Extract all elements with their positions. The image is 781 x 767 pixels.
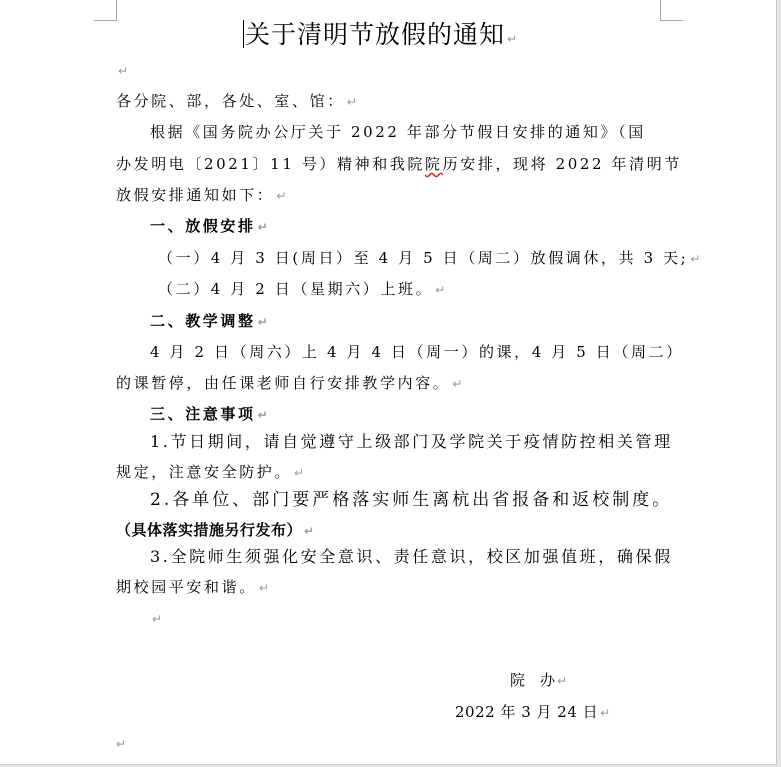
signature[interactable]: 院 办↵ [510,670,567,691]
paragraph-mark-icon: ↵ [347,95,357,109]
empty-paragraph[interactable]: ↵ [150,608,162,629]
paragraph-mark-icon: ↵ [118,64,128,78]
intro-line-3[interactable]: 放假安排通知如下：↵ [116,185,286,206]
empty-paragraph[interactable]: ↵ [114,733,126,754]
paragraph-mark-icon: ↵ [690,252,700,266]
intro-line-2[interactable]: 办发明电〔2021〕11 号）精神和我院院历安排，现将 2022 年清明节 [116,154,682,174]
paragraph-mark-icon: ↵ [152,612,162,626]
document-page[interactable]: 关于清明节放假的通知↵ ↵ 各分院、部，各处、室、馆：↵ 根据《国务院办公厅关于… [0,0,777,765]
paragraph-mark-icon: ↵ [258,315,268,329]
section-heading-1[interactable]: 一、放假安排↵ [150,216,268,237]
paragraph-mark-icon: ↵ [452,377,462,391]
section-heading-3[interactable]: 三、注意事项↵ [150,404,268,425]
section-3-line-2[interactable]: 规定，注意安全防护。↵ [116,462,304,483]
section-3-line-3[interactable]: 2.各单位、部门要严格落实师生离杭出省报备和返校制度。 [150,490,672,510]
paragraph-mark-icon: ↵ [294,466,304,480]
section-3-line-4[interactable]: （具体落实措施另行发布）↵ [116,520,314,541]
salutation[interactable]: 各分院、部，各处、室、馆：↵ [116,91,357,112]
spelling-error-mark[interactable]: 院 [425,155,443,173]
paragraph-mark-icon: ↵ [507,32,517,46]
paragraph-mark-icon: ↵ [258,408,268,422]
section-3-line-6[interactable]: 期校园平安和谐。↵ [116,577,269,598]
paragraph-mark-icon: ↵ [116,737,126,751]
paragraph-mark-icon: ↵ [276,189,286,203]
paragraph-mark-icon: ↵ [258,220,268,234]
margin-corner-mark [94,0,117,21]
section-3-line-5[interactable]: 3.全院师生须强化安全意识、责任意识，校区加强值班，确保假 [150,547,673,567]
section-2-line-1[interactable]: 4 月 2 日（周六）上 4 月 4 日（周一）的课，4 月 5 日（周二） [150,342,684,362]
section-1-line-1[interactable]: （一）4 月 3 日(周日）至 4 月 5 日（周二）放假调休，共 3 天;↵ [158,248,700,269]
section-heading-2[interactable]: 二、教学调整↵ [150,311,268,332]
paragraph-mark-icon: ↵ [435,283,445,297]
section-2-line-2[interactable]: 的课暂停，由任课老师自行安排教学内容。↵ [116,373,462,394]
document-title[interactable]: 关于清明节放假的通知↵ [243,18,517,56]
margin-corner-mark [660,0,683,21]
paragraph-mark-icon: ↵ [304,524,314,538]
section-3-line-1[interactable]: 1.节日期间，请自觉遵守上级部门及学院关于疫情防控相关管理 [150,432,673,452]
empty-paragraph[interactable]: ↵ [116,60,128,81]
paragraph-mark-icon: ↵ [259,581,269,595]
text-cursor [243,20,244,48]
section-1-line-2[interactable]: （二）4 月 2 日（星期六）上班。↵ [158,279,445,300]
date[interactable]: 2022 年 3 月 24 日↵ [455,702,610,723]
intro-line-1[interactable]: 根据《国务院办公厅关于 2022 年部分节假日安排的通知》（国 [150,122,646,142]
paragraph-mark-icon: ↵ [600,706,610,720]
paragraph-mark-icon: ↵ [557,674,567,688]
